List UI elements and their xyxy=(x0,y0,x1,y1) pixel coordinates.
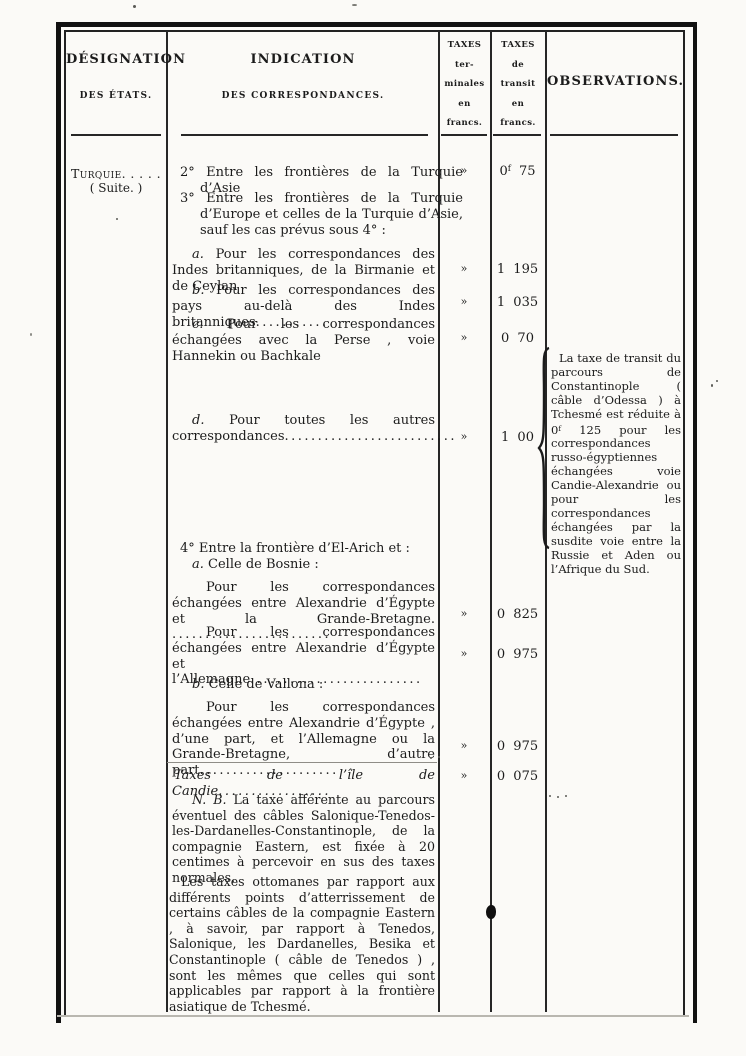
header-text: francs. xyxy=(491,114,545,134)
row-text: Pour les correspondances échangées entre… xyxy=(172,580,435,627)
column-header-taxes-terminales: TAXES ter- minales en francs. xyxy=(439,36,490,134)
header-text: minales xyxy=(439,75,490,95)
column-header-taxes-transit: TAXES de transit en francs. xyxy=(491,36,545,134)
footnote-paragraph: Les taxes ottomanes par rapport aux diff… xyxy=(169,874,435,1014)
scan-speck xyxy=(116,218,118,220)
table-row: 3° Entre les frontières de la Turquie d’… xyxy=(172,191,463,238)
ditto-mark: » xyxy=(439,262,489,275)
dot-leader: .......................... xyxy=(285,429,457,444)
transit-tax-value: 0 70 xyxy=(491,331,544,346)
header-underline xyxy=(493,134,541,136)
row-text: Celle de Bosnie : xyxy=(208,557,319,572)
header-text: TAXES xyxy=(491,36,545,56)
table-row: a. Celle de Bosnie : xyxy=(172,557,435,573)
header-underline xyxy=(441,134,487,136)
scanned-page: DÉSIGNATION DES ÉTATS. INDICATION DES CO… xyxy=(0,0,746,1056)
header-underline xyxy=(181,134,428,136)
column-header-designation: DÉSIGNATION DES ÉTATS. xyxy=(66,52,166,101)
table-row: d. Pour toutes les autres correspondance… xyxy=(172,413,435,445)
row-marker: 3° xyxy=(180,191,195,206)
observation-note: La taxe de transit du parcours de Consta… xyxy=(551,352,681,577)
header-text: de xyxy=(491,56,545,76)
scan-speck xyxy=(438,756,440,758)
row-marker: a. xyxy=(192,557,204,572)
header-underline xyxy=(550,134,678,136)
header-text: francs. xyxy=(439,114,490,134)
row-text: Celle de Vallona : xyxy=(209,677,324,692)
nota-bene-marker: N. B. xyxy=(192,792,226,807)
paragraph-text: Les taxes ottomanes par rapport aux diff… xyxy=(169,874,435,1014)
ditto-mark: » xyxy=(439,295,489,308)
row-text: Pour les correspondances échangées avec … xyxy=(172,317,435,364)
row-marker: d. xyxy=(192,413,204,428)
ink-blot xyxy=(486,905,496,919)
ditto-mark: » xyxy=(439,739,489,752)
scan-speck xyxy=(352,4,357,6)
value-decimal: 75 xyxy=(519,164,536,179)
row-marker: 2° xyxy=(180,165,195,180)
column-header-indication: INDICATION DES CORRESPONDANCES. xyxy=(168,52,438,101)
value-integer: 0 xyxy=(499,164,507,179)
scan-speck xyxy=(430,757,432,759)
header-subtext: DES ÉTATS. xyxy=(66,91,166,101)
header-text: DÉSIGNATION xyxy=(66,52,166,67)
row-marker: b. xyxy=(192,677,204,692)
row-text: Entre la frontière d’El-Arich et : xyxy=(199,541,410,556)
scan-speck xyxy=(549,795,551,797)
note-text: 125 pour les correspondances russo-égypt… xyxy=(551,423,681,576)
state-name: Turquie. . . . . xyxy=(68,166,164,181)
header-text: OBSERVATIONS. xyxy=(547,74,681,89)
ditto-mark: » xyxy=(439,331,489,344)
transit-tax-value: 1 195 xyxy=(491,262,544,277)
ditto-mark: » xyxy=(439,647,489,660)
scan-speck xyxy=(711,384,713,387)
transit-tax-value: 0 075 xyxy=(491,769,544,784)
transit-tax-value: 1 035 xyxy=(491,295,544,310)
row-marker: c. xyxy=(192,317,203,332)
table-bottom-rule xyxy=(57,1015,689,1017)
franc-superscript: f xyxy=(508,164,511,174)
scan-speck xyxy=(133,5,136,8)
ditto-mark: » xyxy=(439,607,489,620)
scan-speck xyxy=(30,333,32,336)
header-subtext: DES CORRESPONDANCES. xyxy=(168,91,438,101)
nota-bene-paragraph: N. B. La taxe afférente au parcours éven… xyxy=(172,792,435,886)
transit-tax-value: 0f 75 xyxy=(491,164,544,179)
row-marker: 4° xyxy=(180,541,195,556)
transit-tax-value: 0 825 xyxy=(491,607,544,622)
ditto-mark: » xyxy=(439,430,489,443)
row-separator-rule xyxy=(167,762,437,763)
column-divider xyxy=(166,31,168,1012)
header-text: transit xyxy=(491,75,545,95)
header-text: ter- xyxy=(439,56,490,76)
header-underline xyxy=(71,134,161,136)
table-row: b. Celle de Vallona : xyxy=(172,677,435,693)
scan-speck xyxy=(565,795,567,797)
header-text: INDICATION xyxy=(168,52,438,67)
row-marker: b. xyxy=(192,283,204,298)
header-text: en xyxy=(439,95,490,115)
state-cell: Turquie. . . . . ( Suite. ) xyxy=(68,166,164,195)
header-text: en xyxy=(491,95,545,115)
ditto-mark: » xyxy=(439,164,489,177)
scan-speck xyxy=(716,380,718,382)
table-row: 4° Entre la frontière d’El-Arich et : xyxy=(172,541,463,557)
row-text: Entre les frontières de la Turquie d’Eur… xyxy=(200,191,463,238)
column-header-observations: OBSERVATIONS. xyxy=(547,74,681,89)
scan-speck xyxy=(557,796,559,798)
header-text: TAXES xyxy=(439,36,490,56)
transit-tax-value: 0 975 xyxy=(491,739,544,754)
table-row: c. Pour les correspondances échangées av… xyxy=(172,317,435,364)
transit-tax-value: 0 975 xyxy=(491,647,544,662)
row-marker: a. xyxy=(192,247,204,262)
ditto-mark: » xyxy=(439,769,489,782)
state-suite-label: ( Suite. ) xyxy=(68,181,164,195)
left-brace xyxy=(536,347,551,549)
